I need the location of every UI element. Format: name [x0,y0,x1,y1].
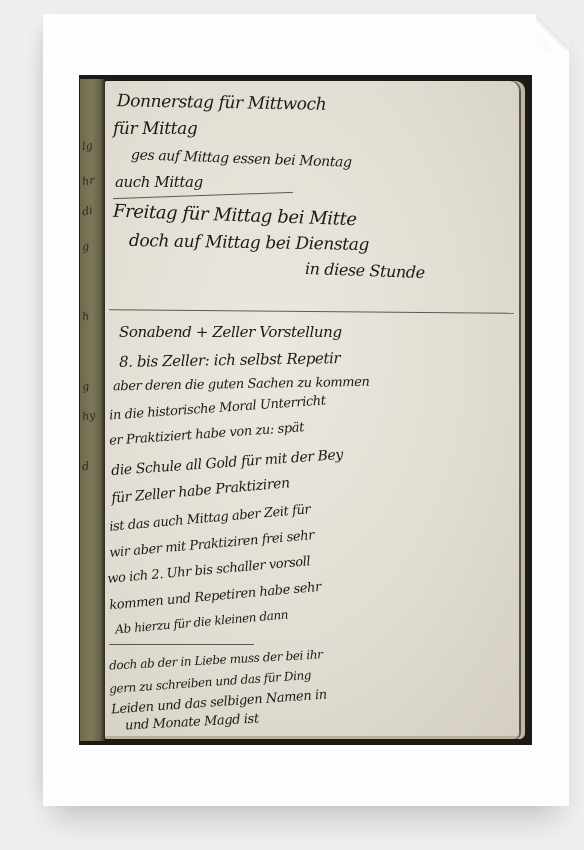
margin-scrawl: h [81,308,103,324]
handwritten-line: Ab hierzu für die kleinen dann [115,607,289,636]
page-curl-corner [536,13,570,51]
margin-scrawl: di [81,203,103,219]
page-edge [519,91,521,731]
manuscript-page: Donnerstag für Mittwoch für Mittag ges a… [105,81,525,739]
handwritten-line: in diese Stunde [305,259,425,282]
handwritten-line: er Praktiziert habe von zu: spät [109,420,305,449]
handwritten-line: kommen und Repetiren habe sehr [109,580,322,613]
divider-line [113,192,293,199]
margin-scrawl: g [81,238,103,254]
handwritten-line: wo ich 2. Uhr bis schaller vorsoll [107,554,311,587]
notebook-binding: lg hr di g h g hy d [80,79,105,741]
handwritten-line: die Schule all Gold für mit der Bey [111,447,344,479]
handwritten-line: auch Mittag [115,173,203,191]
margin-scrawl: hy [81,408,103,424]
handwritten-line: für Mittag [113,119,197,139]
margin-scrawl: lg [81,138,103,154]
handwritten-line: in die historische Moral Unterricht [109,393,326,423]
margin-scrawl: d [81,458,103,474]
margin-scrawl: hr [81,173,103,189]
handwritten-line: für Zeller habe Praktiziren [111,475,291,507]
handwritten-line: Freitag für Mittag bei Mitte [113,201,357,230]
handwritten-line: Sonabend + Zeller Vorstellung [119,323,342,341]
divider-line [109,309,514,314]
handwritten-line: doch auf Mittag bei Dienstag [129,231,369,255]
manuscript-photo: lg hr di g h g hy d Donnerstag für Mittw… [79,75,532,745]
margin-scrawl: g [81,378,103,394]
handwritten-line: 8. bis Zeller: ich selbst Repetir [119,349,341,371]
handwritten-line: aber deren die guten Sachen zu kommen [113,375,370,394]
divider-line [109,644,254,645]
handwritten-line: Donnerstag für Mittwoch [117,91,327,115]
handwritten-line: ges auf Mittag essen bei Montag [131,147,352,171]
